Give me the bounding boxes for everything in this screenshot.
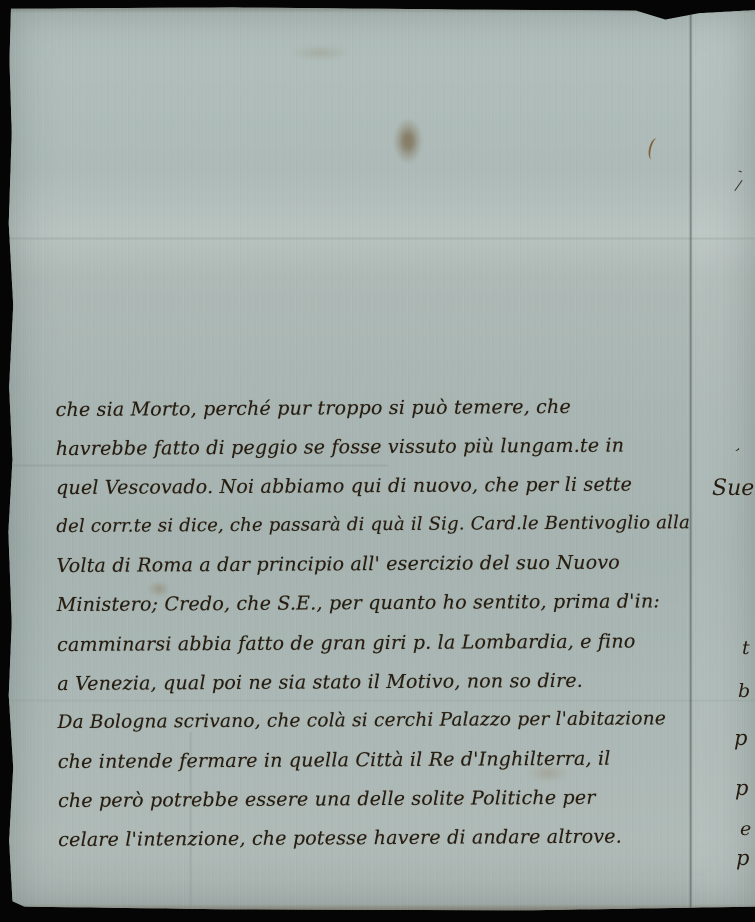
facing-page-ink-fragment: p xyxy=(736,846,749,870)
letter-line: Da Bologna scrivano, che colà si cerchi … xyxy=(57,708,717,751)
letter-line: a Venezia, qual poi ne sia stato il Moti… xyxy=(57,669,717,712)
handwritten-text-block: che sia Morto, perché pur troppo si può … xyxy=(56,395,719,868)
horizontal-crease xyxy=(8,238,755,240)
facing-page-ink-fragment: p xyxy=(735,776,748,800)
letter-line: che però potrebbe essere una delle solit… xyxy=(58,786,718,829)
letter-line: celare l'intenzione, che potesse havere … xyxy=(58,825,718,868)
facing-page-ink-fragment: b xyxy=(738,680,750,702)
letter-line: Ministero; Credo, che S.E., per quanto h… xyxy=(57,590,717,633)
letter-line: quel Vescovado. Noi abbiamo qui di nuovo… xyxy=(56,473,716,516)
letter-line: che intende fermare in quella Città il R… xyxy=(58,747,718,790)
letter-line: camminarsi abbia fatto de gran giri p. l… xyxy=(57,630,717,673)
facing-page-ink-fragment: Sue xyxy=(712,476,754,501)
facing-page-ink-fragment: e xyxy=(740,818,751,840)
letter-line: havrebbe fatto di peggio se fosse vissut… xyxy=(56,434,716,477)
facing-page-ink-fragment: p xyxy=(734,726,747,750)
foxing-stain xyxy=(290,46,350,60)
letter-line: del corr.te si dice, che passarà di quà … xyxy=(56,512,716,555)
facing-page-ink-fragment: t xyxy=(742,637,750,659)
manuscript-scan: - / che sia Morto, perché pur troppo si … xyxy=(0,0,755,922)
ink-stain xyxy=(393,118,423,164)
letter-line: Volta di Roma a dar principio all' eserc… xyxy=(57,551,717,594)
letter-line: che sia Morto, perché pur troppo si può … xyxy=(56,395,716,438)
